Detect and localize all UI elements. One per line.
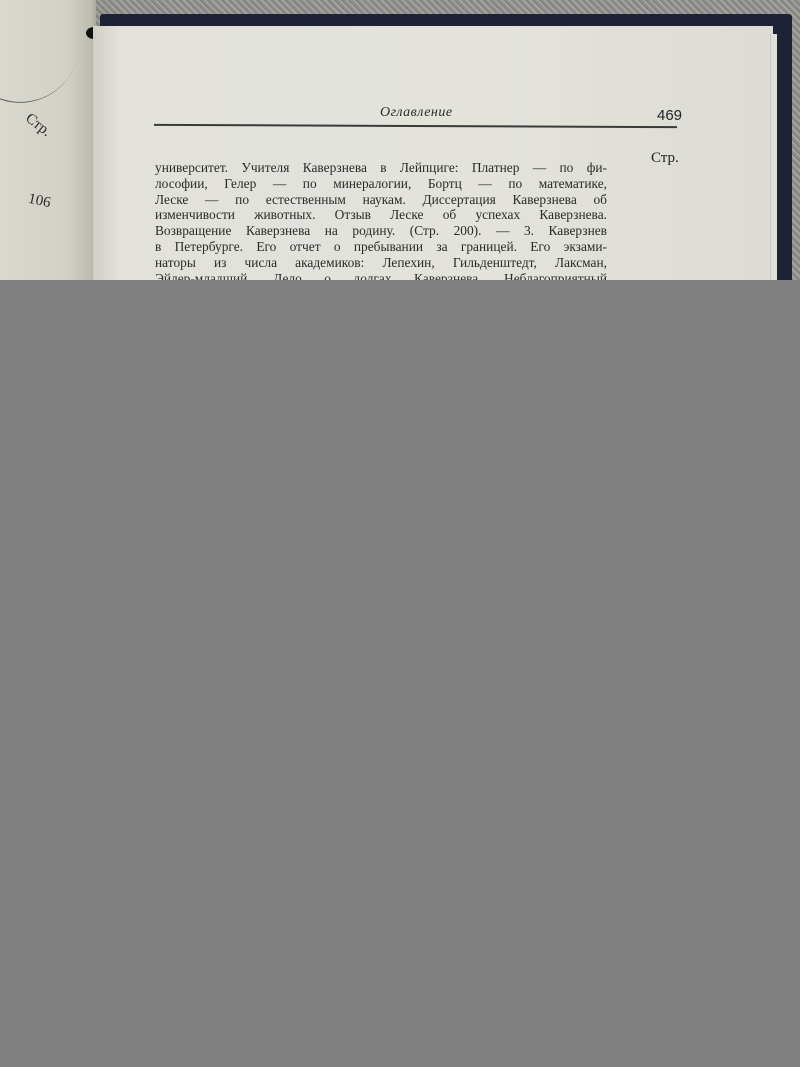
text-line: изменчивости животных. Отзыв Леске об ус… bbox=[155, 207, 607, 223]
toc-entry-text: университет. Учителя Каверзнева в Лейпци… bbox=[155, 160, 607, 280]
left-page: Стр. 106 bbox=[0, 0, 96, 280]
left-page-rule bbox=[0, 33, 77, 119]
left-column-label: Стр. bbox=[22, 110, 54, 141]
text-line: Возвращение Каверзнева на родину. (Стр. … bbox=[155, 223, 607, 239]
text-line: лософии, Гелер — по минералогии, Бортц —… bbox=[155, 176, 607, 192]
book-photo: Стр. 106 Оглавление 469 Стр. университет… bbox=[0, 0, 800, 280]
running-title: Оглавление bbox=[380, 105, 453, 121]
text-line: наторы из числа академиков: Лепехин, Гил… bbox=[155, 255, 607, 271]
text-line: в Петербурге. Его отчет о пребывании за … bbox=[155, 239, 607, 255]
text-line: Леске — по естественным наукам. Диссерта… bbox=[155, 192, 607, 208]
text-line: Эйлер-младший. Дело о долгах Каверзнева.… bbox=[155, 271, 607, 280]
column-label: Стр. bbox=[651, 150, 679, 167]
masked-region bbox=[0, 280, 800, 1067]
page-number: 469 bbox=[657, 107, 682, 124]
left-page-ref: 106 bbox=[26, 191, 52, 212]
page-edge bbox=[770, 34, 777, 280]
text-line: университет. Учителя Каверзнева в Лейпци… bbox=[155, 160, 607, 176]
